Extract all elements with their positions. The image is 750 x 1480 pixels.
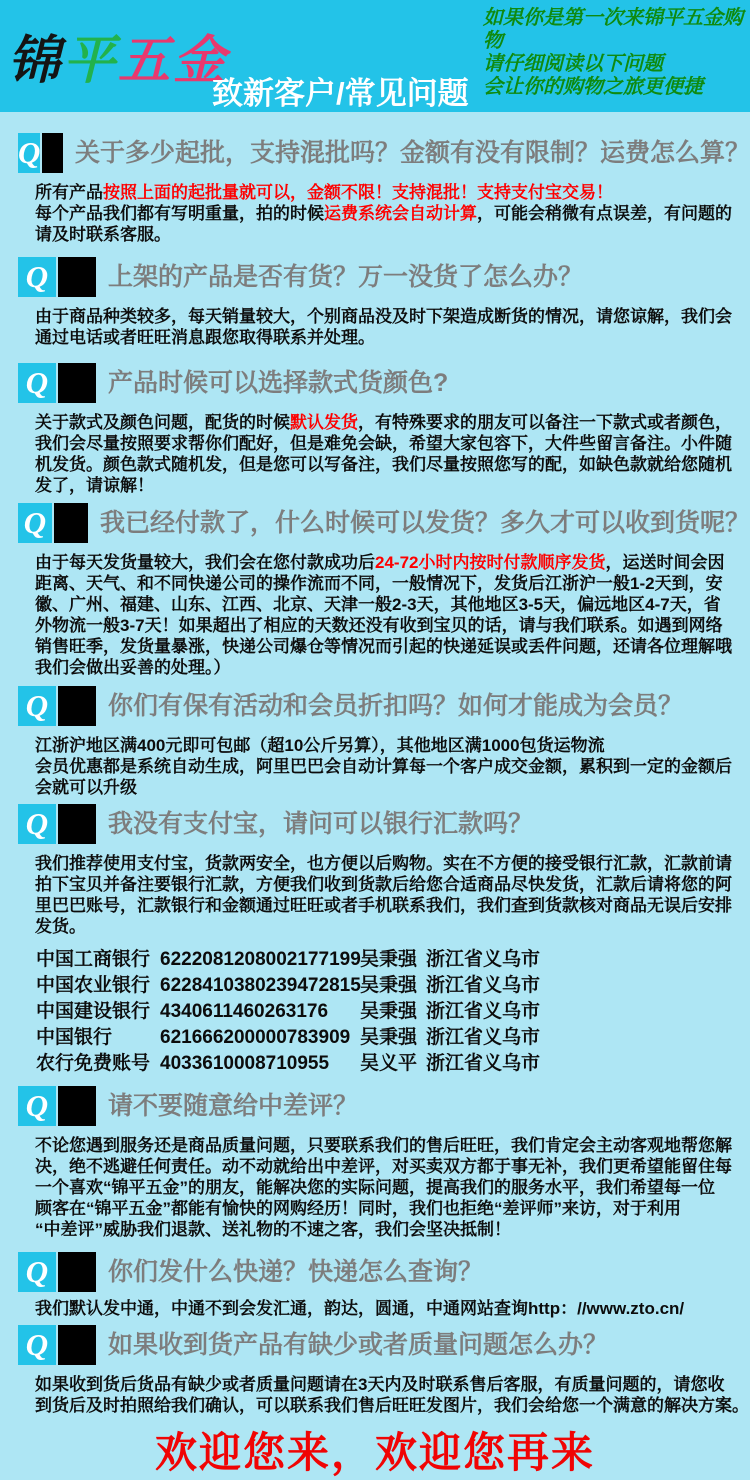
faq-section-5: Q 你们有保有活动和会员折扣吗？如何才能成为会员？ 江浙沪地区满400元即可包邮… [0,686,750,798]
question-text: 你们发什么快递？快递怎么查询？ [108,1252,483,1292]
faq-section-6: Q 我没有支付宝，请问可以银行汇款吗？ 我们推荐使用支付宝，货款两安全，也方便以… [0,804,750,937]
bank-city: 浙江省义乌市 [426,1051,540,1077]
notice-line: 请仔细阅读以下问题 [483,53,745,76]
header: 锦平五金 致新客户/常见问题 如果你是第一次来锦平五金购物 请仔细阅读以下问题 … [0,0,750,112]
answer-text: 我们推荐使用支付宝，货款两安全，也方便以后购物。实在不方便的接受银行汇款，汇款前… [35,853,750,937]
faq-section-4: Q 我已经付款了，什么时候可以发货？多久才可以收到货呢？ 由于每天发货量较大，我… [0,503,750,678]
q-icon: Q [18,503,52,543]
redacted-box [58,1252,96,1292]
account-holder: 吴秉强 [360,1025,426,1051]
bank-accounts-table: 中国工商银行 6222081208002177199 吴秉强 浙江省义乌市 中国… [36,947,750,1077]
faq-banner-page: 锦平五金 致新客户/常见问题 如果你是第一次来锦平五金购物 请仔细阅读以下问题 … [0,0,750,1480]
question-row: Q 你们发什么快递？快递怎么查询？ [18,1252,750,1292]
bank-name: 农行免费账号 [36,1051,160,1077]
account-holder: 吴秉强 [360,999,426,1025]
answer-text: 江浙沪地区满400元即可包邮（超10公斤另算），其他地区满1000包货运物流会员… [35,735,750,798]
bank-row: 中国建设银行 4340611460263176 吴秉强 浙江省义乌市 [36,999,750,1025]
bank-city: 浙江省义乌市 [426,973,540,999]
q-icon: Q [18,363,56,403]
bank-city: 浙江省义乌市 [426,947,540,973]
question-row: Q 关于多少起批，支持混批吗？金额有没有限制？运费怎么算？ [18,133,750,173]
answer-text: 关于款式及颜色问题，配货的时候默认发货，有特殊要求的朋友可以备注一下款式或者颜色… [35,412,750,496]
bank-row: 中国农业银行 6228410380239472815 吴秉强 浙江省义乌市 [36,973,750,999]
faq-section-9: Q 如果收到货产品有缺少或者质量问题怎么办？ 如果收到货后货品有缺少或者质量问题… [0,1325,750,1416]
bank-account-number: 6222081208002177199 [160,947,360,973]
bank-account-number: 4033610008710955 [160,1051,360,1077]
store-logo: 锦平五金 [8,18,228,93]
answer-text: 由于每天发货量较大，我们会在您付款成功后24-72小时内按时付款顺序发货，运送时… [35,552,750,678]
q-icon: Q [18,1252,56,1292]
question-text: 我没有支付宝，请问可以银行汇款吗？ [108,804,533,844]
faq-section-2: Q 上架的产品是否有货？万一没货了怎么办？ 由于商品种类较多，每天销量较大，个别… [0,257,750,348]
question-row: Q 如果收到货产品有缺少或者质量问题怎么办？ [18,1325,750,1365]
question-row: Q 请不要随意给中差评？ [18,1086,750,1126]
redacted-box [58,363,96,403]
bank-name: 中国银行 [36,1025,160,1051]
question-row: Q 上架的产品是否有货？万一没货了怎么办？ [18,257,750,297]
q-icon: Q [18,257,56,297]
redacted-box [58,686,96,726]
redacted-box [58,804,96,844]
answer-text: 我们默认发中通，中通不到会发汇通，韵达，圆通，中通网站查询http：//www.… [35,1298,750,1319]
answer-text: 所有产品按照上面的起批量就可以，金额不限！支持混批！支持支付宝交易！每个产品我们… [35,182,750,245]
bank-row: 中国工商银行 6222081208002177199 吴秉强 浙江省义乌市 [36,947,750,973]
bank-account-number: 621666200000783909 [160,1025,360,1051]
bank-row: 农行免费账号 4033610008710955 吴义平 浙江省义乌市 [36,1051,750,1077]
question-text: 如果收到货产品有缺少或者质量问题怎么办？ [108,1325,608,1365]
faq-section-1: Q 关于多少起批，支持混批吗？金额有没有限制？运费怎么算？ 所有产品按照上面的起… [0,133,750,245]
bank-name: 中国农业银行 [36,973,160,999]
redacted-box [42,133,63,173]
question-text: 关于多少起批，支持混批吗？金额有没有限制？运费怎么算？ [75,133,750,173]
notice-line: 如果你是第一次来锦平五金购物 [483,7,745,53]
answer-text: 由于商品种类较多，每天销量较大，个别商品没及时下架造成断货的情况，请您谅解，我们… [35,306,750,348]
bank-city: 浙江省义乌市 [426,999,540,1025]
question-text: 你们有保有活动和会员折扣吗？如何才能成为会员？ [108,686,683,726]
answer-text: 如果收到货后货品有缺少或者质量问题请在3天内及时联系售后客服，有质量问题的，请您… [35,1374,750,1416]
q-icon: Q [18,1325,56,1365]
question-text: 上架的产品是否有货？万一没货了怎么办？ [108,257,583,297]
header-notice: 如果你是第一次来锦平五金购物 请仔细阅读以下问题 会让你的购物之旅更便捷 [483,7,745,99]
bank-city: 浙江省义乌市 [426,1025,540,1051]
q-icon: Q [18,804,56,844]
faq-section-7: Q 请不要随意给中差评？ 不论您遇到服务还是商品质量问题，只要联系我们的售后旺旺… [0,1086,750,1240]
account-holder: 吴秉强 [360,947,426,973]
bank-name: 中国工商银行 [36,947,160,973]
bank-account-number: 4340611460263176 [160,999,360,1025]
question-text: 产品时候可以选择款式货颜色? [108,363,448,403]
notice-line: 会让你的购物之旅更便捷 [483,76,745,99]
q-icon: Q [18,133,40,173]
question-text: 我已经付款了，什么时候可以发货？多久才可以收到货呢？ [100,503,750,543]
welcome-footer: 欢迎您来，欢迎您再来 [0,1420,750,1480]
question-row: Q 我没有支付宝，请问可以银行汇款吗？ [18,804,750,844]
redacted-box [58,1086,96,1126]
q-icon: Q [18,686,56,726]
faq-section-8: Q 你们发什么快递？快递怎么查询？ 我们默认发中通，中通不到会发汇通，韵达，圆通… [0,1252,750,1319]
answer-text: 不论您遇到服务还是商品质量问题，只要联系我们的售后旺旺，我们肯定会主动客观地帮您… [35,1135,750,1240]
question-text: 请不要随意给中差评？ [108,1086,358,1126]
bank-account-number: 6228410380239472815 [160,973,360,999]
page-title: 致新客户/常见问题 [212,68,469,113]
redacted-box [58,257,96,297]
q-icon: Q [18,1086,56,1126]
account-holder: 吴义平 [360,1051,426,1077]
bank-name: 中国建设银行 [36,999,160,1025]
question-row: Q 你们有保有活动和会员折扣吗？如何才能成为会员？ [18,686,750,726]
question-row: Q 我已经付款了，什么时候可以发货？多久才可以收到货呢？ [18,503,750,543]
faq-section-3: Q 产品时候可以选择款式货颜色? 关于款式及颜色问题，配货的时候默认发货，有特殊… [0,363,750,496]
bank-row: 中国银行 621666200000783909 吴秉强 浙江省义乌市 [36,1025,750,1051]
question-row: Q 产品时候可以选择款式货颜色? [18,363,750,403]
account-holder: 吴秉强 [360,973,426,999]
redacted-box [54,503,88,543]
redacted-box [58,1325,96,1365]
